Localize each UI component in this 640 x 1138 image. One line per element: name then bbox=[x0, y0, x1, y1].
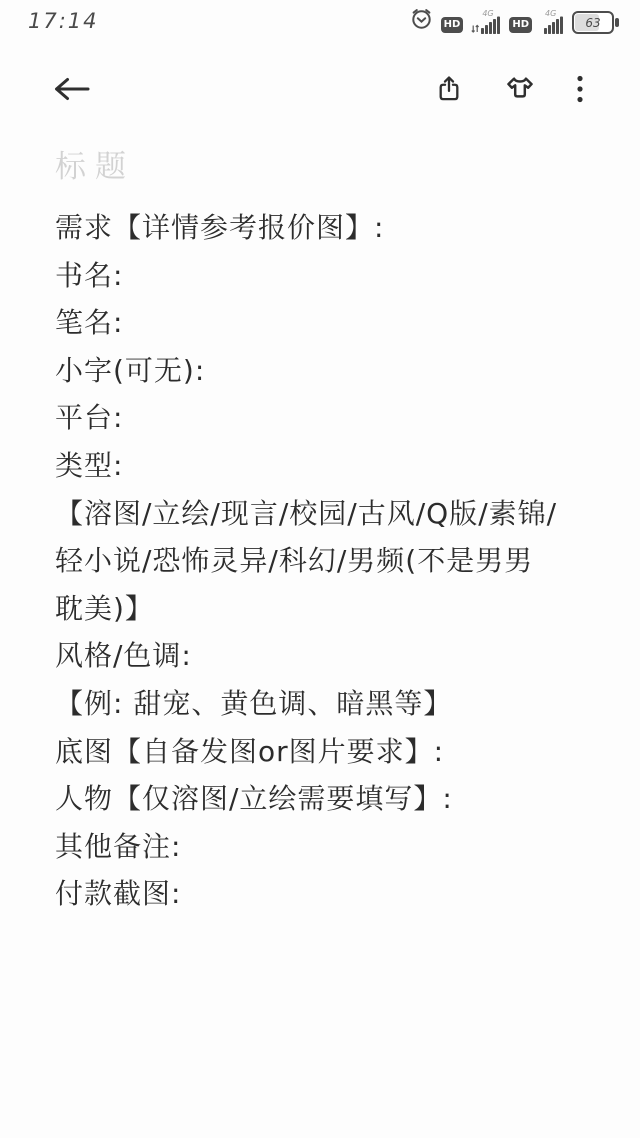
battery-nub bbox=[615, 18, 619, 27]
note-title-input[interactable]: 标题 bbox=[55, 148, 610, 186]
tshirt-icon bbox=[504, 74, 536, 104]
note-line[interactable]: 笔名: bbox=[55, 299, 610, 347]
status-icons: HD 4G HD bbox=[410, 7, 614, 35]
note-line[interactable]: 底图【自备发图or图片要求】: bbox=[55, 728, 610, 776]
status-time: 17:14 bbox=[28, 9, 99, 33]
alarm-icon bbox=[410, 7, 433, 34]
note-editor: 标题 需求【详情参考报价图】: 书名: 笔名: 小字(可无): 平台: 类型: … bbox=[0, 148, 640, 918]
more-dots-icon bbox=[576, 74, 584, 104]
signal-4g-icon: 4G bbox=[540, 11, 564, 35]
note-line[interactable]: 【溶图/立绘/现言/校园/古风/Q版/素锦/ bbox=[55, 490, 610, 538]
status-bar: 17:14 HD 4G bbox=[0, 0, 640, 36]
hd-icon: HD bbox=[441, 17, 464, 33]
theme-button[interactable] bbox=[504, 74, 536, 104]
note-line[interactable]: 耽美)】 bbox=[55, 585, 610, 633]
note-line[interactable]: 人物【仅溶图/立绘需要填写】: bbox=[55, 775, 610, 823]
toolbar bbox=[0, 54, 640, 124]
battery-percent: 63 bbox=[585, 16, 600, 30]
note-line[interactable]: 【例: 甜宠、黄色调、暗黑等】 bbox=[55, 680, 610, 728]
more-button[interactable] bbox=[576, 74, 584, 104]
note-line[interactable]: 付款截图: bbox=[55, 870, 610, 918]
hd-icon: HD bbox=[509, 17, 532, 33]
note-line[interactable]: 风格/色调: bbox=[55, 632, 610, 680]
share-icon bbox=[434, 74, 464, 104]
signal-4g-icon: 4G bbox=[471, 11, 501, 35]
back-button[interactable] bbox=[50, 76, 92, 102]
note-line[interactable]: 轻小说/恐怖灵异/科幻/男频(不是男男 bbox=[55, 537, 610, 585]
notes-app-screen: 17:14 HD 4G bbox=[0, 0, 640, 1138]
note-line[interactable]: 书名: bbox=[55, 252, 610, 300]
note-line[interactable]: 类型: bbox=[55, 442, 610, 490]
toolbar-actions bbox=[434, 74, 584, 104]
note-body-editor[interactable]: 需求【详情参考报价图】: 书名: 笔名: 小字(可无): 平台: 类型: 【溶图… bbox=[55, 204, 610, 918]
note-line[interactable]: 其他备注: bbox=[55, 823, 610, 871]
note-line[interactable]: 小字(可无): bbox=[55, 347, 610, 395]
note-line[interactable]: 需求【详情参考报价图】: bbox=[55, 204, 610, 252]
share-button[interactable] bbox=[434, 74, 464, 104]
note-line[interactable]: 平台: bbox=[55, 394, 610, 442]
back-arrow-icon bbox=[50, 76, 92, 102]
battery-icon: 63 bbox=[572, 11, 614, 34]
